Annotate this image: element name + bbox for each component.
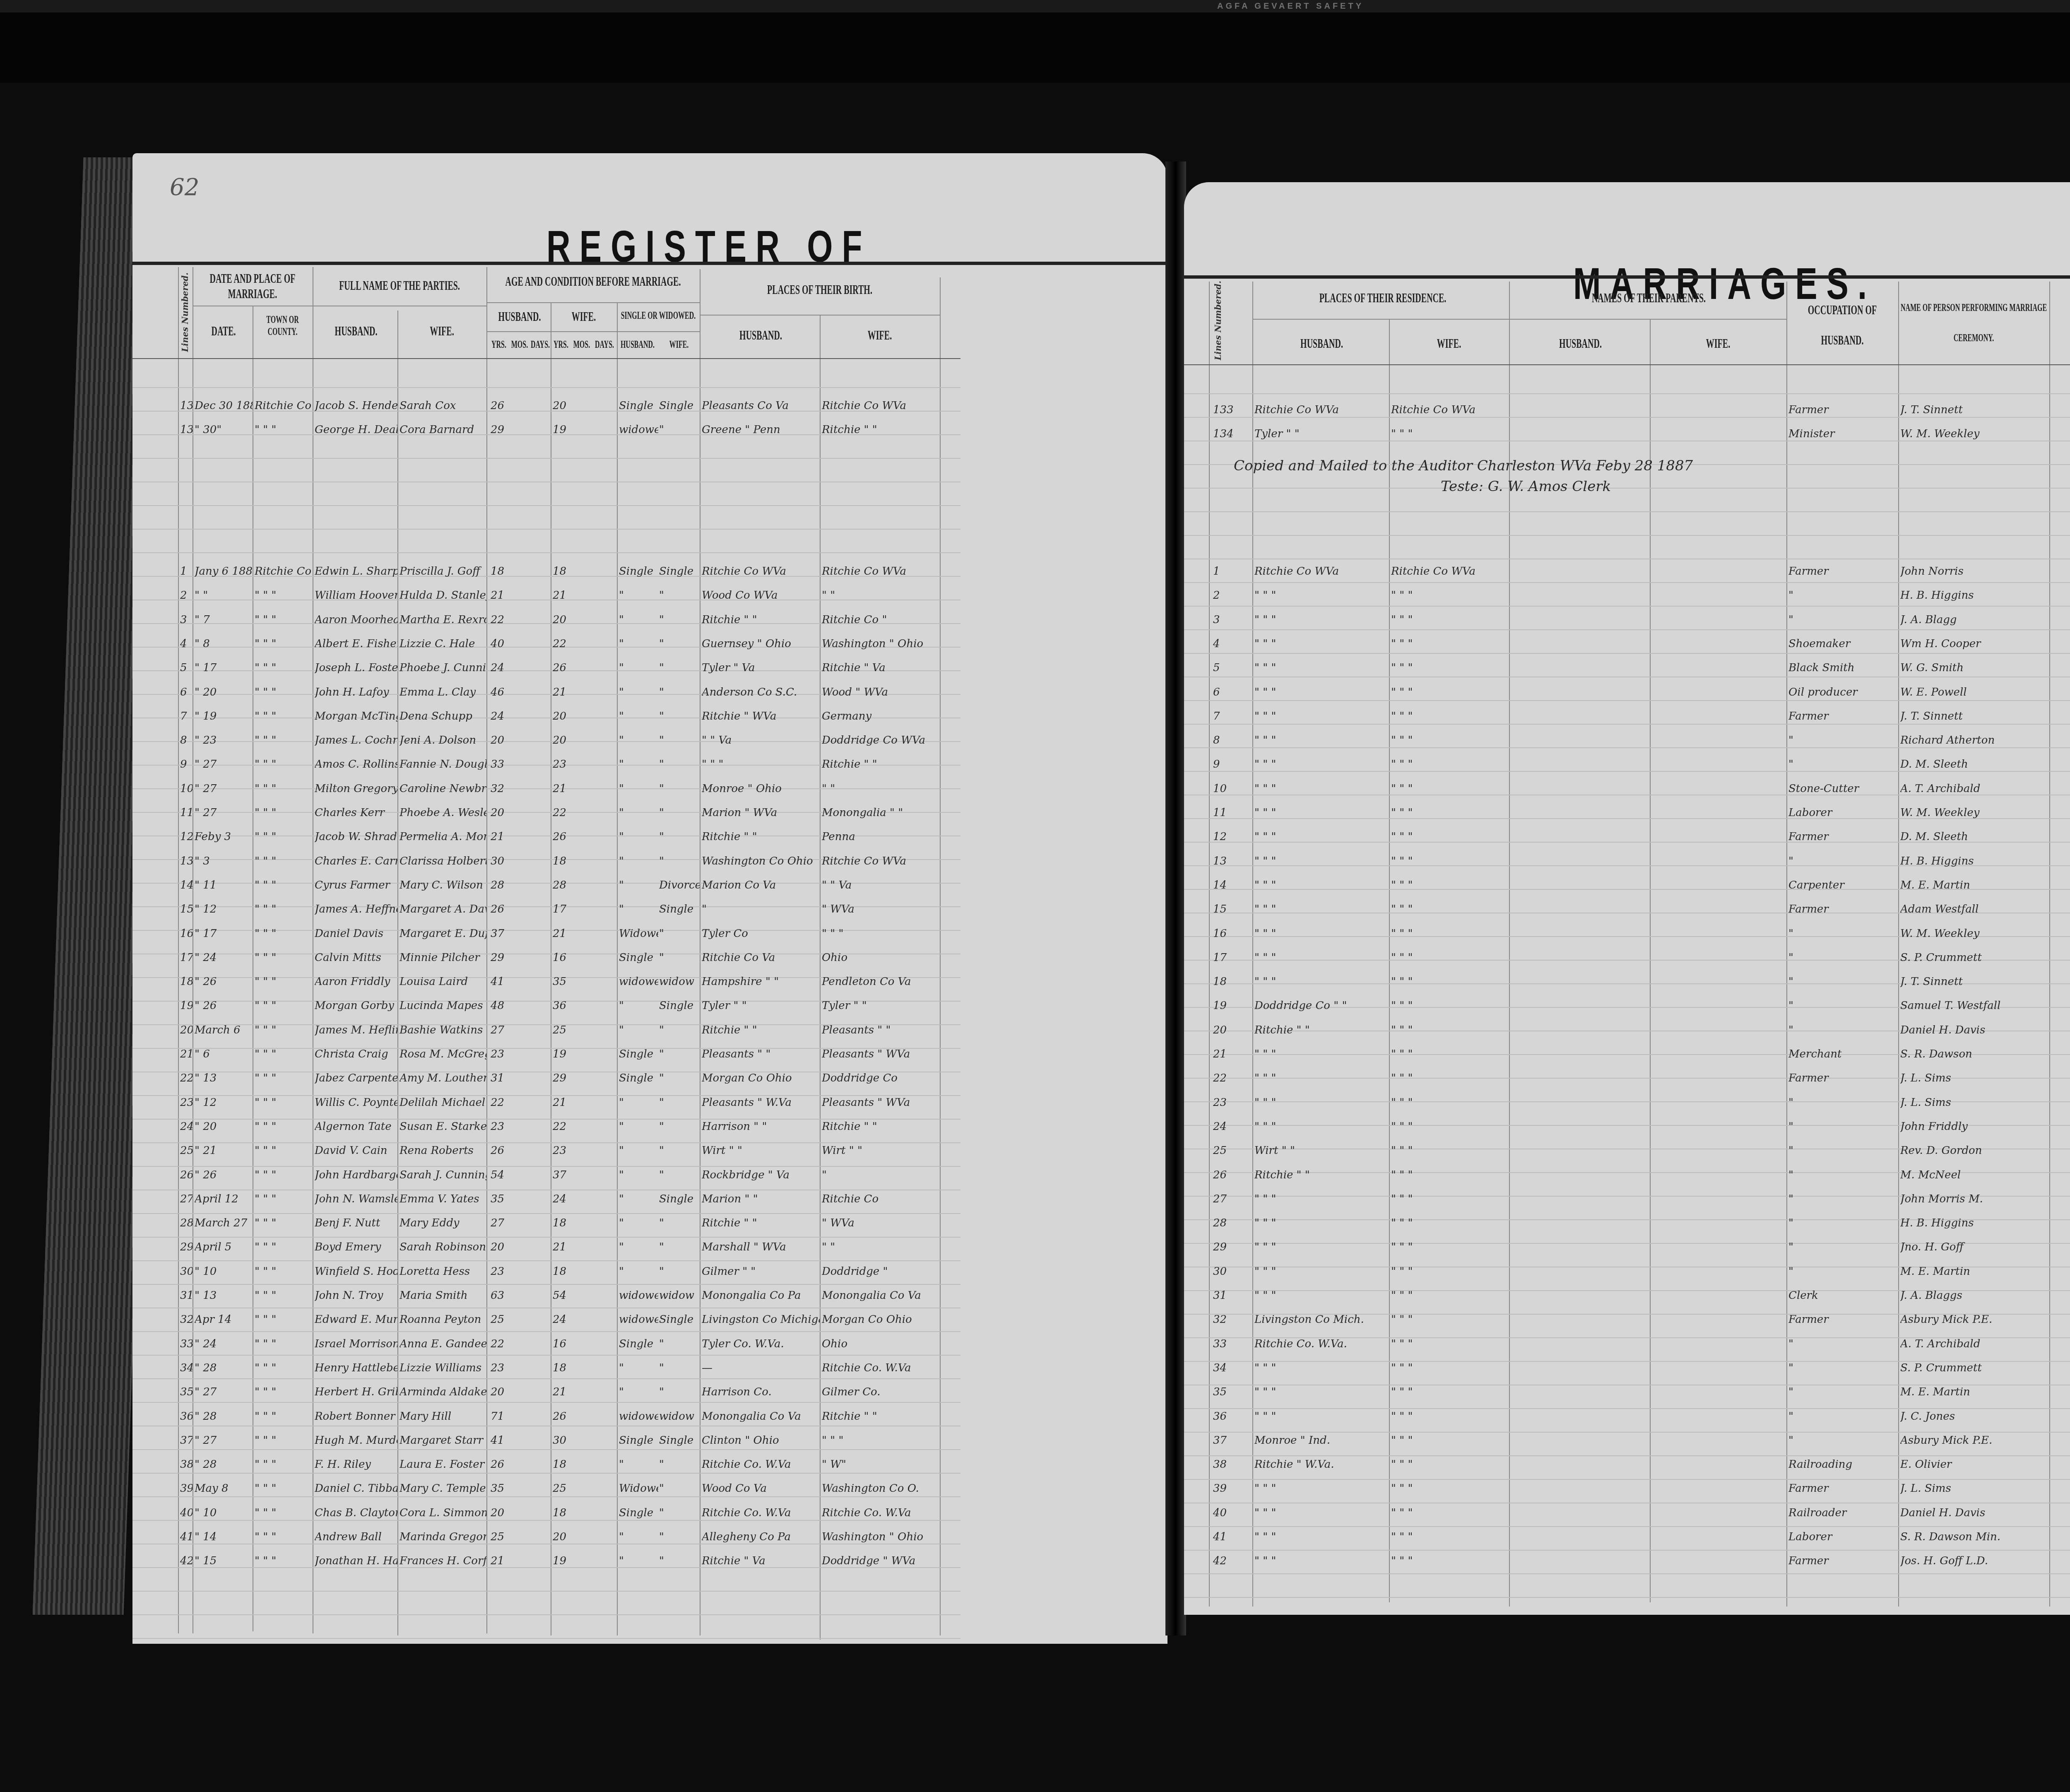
sw-wife-header: Wife. xyxy=(658,340,700,352)
husband-residence: " " " xyxy=(1254,783,1389,795)
marriage-county: " " " xyxy=(255,710,313,723)
wife-birthplace: Pendleton Co Va xyxy=(822,975,940,988)
husband-birthplace: " " Va xyxy=(702,734,820,747)
line-number: 12 xyxy=(180,831,193,843)
husband-age: 48 xyxy=(491,1000,515,1012)
husband-birthplace: Wirt " " xyxy=(702,1144,820,1157)
wife-birthplace: Doddridge " WVa xyxy=(822,1555,940,1567)
husband-residence: Livingston Co Mich. xyxy=(1254,1313,1389,1326)
husband-condition: " xyxy=(619,662,658,674)
husband-age: 54 xyxy=(491,1169,515,1181)
husband-age: 24 xyxy=(491,662,515,674)
husband-birthplace: Ritchie Co. W.Va xyxy=(702,1458,820,1471)
date-header: DATE. xyxy=(195,324,253,340)
header-bottom-rule xyxy=(132,358,960,359)
husband-age: 25 xyxy=(491,1313,515,1326)
wife-name: Louisa Laird xyxy=(400,975,486,988)
wife-residence: " " " xyxy=(1391,807,1509,819)
marriage-county: " " " xyxy=(255,1531,313,1543)
wife-name: Frances H. Corfield xyxy=(400,1555,486,1567)
wife-name: Susan E. Starkey xyxy=(400,1120,486,1133)
wife-age: 21 xyxy=(553,783,578,795)
husband-condition: " xyxy=(619,1386,658,1398)
husband-name: Jabez Carpenter xyxy=(315,1072,397,1084)
husband-birthplace: Wood Co Va xyxy=(702,1482,820,1495)
birth-husband-header: HUSBAND. xyxy=(702,328,820,344)
wife-residence: " " " xyxy=(1391,638,1509,650)
officiant-name: W. G. Smith xyxy=(1900,662,2049,674)
wife-name: Mary Eddy xyxy=(400,1217,486,1229)
line-number: 4 xyxy=(1213,638,1252,650)
husband-residence: " " " xyxy=(1254,638,1389,650)
husband-birthplace: Pleasants " W.Va xyxy=(702,1096,820,1109)
husband-residence: " " " xyxy=(1254,1096,1389,1109)
husband-condition: " xyxy=(619,1193,658,1205)
wife-birthplace: Doddridge Co xyxy=(822,1072,940,1084)
husband-name: Christa Craig xyxy=(315,1048,397,1060)
wife-name: Clarissa Holbert xyxy=(400,855,486,867)
marriage-county: " " " xyxy=(255,1096,313,1109)
marriage-county: " " " xyxy=(255,1434,313,1447)
wife-name: Sarah Robinson xyxy=(400,1241,486,1253)
wife-name: Rosa M. McGregor xyxy=(400,1048,486,1060)
marriage-date: " 27 xyxy=(195,783,253,795)
marriage-county: " " " xyxy=(255,614,313,626)
wife-residence: " " " xyxy=(1391,1217,1509,1229)
wife-age: 37 xyxy=(553,1169,578,1181)
husband-condition: " xyxy=(619,1265,658,1278)
husband-condition: " xyxy=(619,1217,658,1229)
marriage-county: " " " xyxy=(255,1338,313,1350)
wife-residence: " " " xyxy=(1391,1531,1509,1543)
wife-condition: " xyxy=(659,1217,700,1229)
officiant-name: H. B. Higgins xyxy=(1900,855,2049,867)
wife-age: 26 xyxy=(553,831,578,843)
husband-name: Herbert H. Gribble xyxy=(315,1386,397,1398)
line-number: 28 xyxy=(1213,1217,1252,1229)
officiant-name: J. T. Sinnett xyxy=(1900,975,2049,988)
wife-name: Priscilla J. Goff xyxy=(400,565,486,578)
marriage-county: " " " xyxy=(255,1169,313,1181)
marriage-county: " " " xyxy=(255,686,313,698)
wife-condition: widow xyxy=(659,975,700,988)
husband-birthplace: Greene " Penn xyxy=(702,424,820,436)
wife-residence: " " " xyxy=(1391,1434,1509,1447)
husband-name: Morgan McTingley xyxy=(315,710,397,723)
line-number: 9 xyxy=(1213,758,1252,771)
husband-condition: " xyxy=(619,807,658,819)
wife-age: 18 xyxy=(553,1458,578,1471)
officiant-name: Daniel H. Davis xyxy=(1900,1507,2049,1519)
wife-birthplace: Pleasants " " xyxy=(822,1024,940,1036)
wife-name: Fannie N. Douglass xyxy=(400,758,486,771)
marriage-county: " " " xyxy=(255,855,313,867)
wife-age: 30 xyxy=(553,1434,578,1447)
wife-age: 17 xyxy=(553,903,578,915)
wife-age: 18 xyxy=(553,1362,578,1374)
line-number: 24 xyxy=(1213,1120,1252,1133)
line-number: 9 xyxy=(180,758,193,771)
husband-residence: " " " xyxy=(1254,927,1389,940)
line-number: 8 xyxy=(180,734,193,747)
marriage-county: " " " xyxy=(255,1386,313,1398)
line-number: 30 xyxy=(180,1265,193,1278)
line-number: 22 xyxy=(1213,1072,1252,1084)
wife-name: Marinda Gregory xyxy=(400,1531,486,1543)
husband-residence: Ritchie " W.Va. xyxy=(1254,1458,1389,1471)
line-number: 23 xyxy=(1213,1096,1252,1109)
husband-occupation: " xyxy=(1788,1024,1898,1036)
wife-residence: " " " xyxy=(1391,1313,1509,1326)
line-number: 10 xyxy=(1213,783,1252,795)
husband-name: Henry Hattleben xyxy=(315,1362,397,1374)
husband-occupation: " xyxy=(1788,1338,1898,1350)
officiant-name: H. B. Higgins xyxy=(1900,589,2049,602)
husband-condition: " xyxy=(619,1531,658,1543)
husband-age: 26 xyxy=(491,1458,515,1471)
marriage-date: " 3 xyxy=(195,855,253,867)
husband-condition: Widower xyxy=(619,1482,658,1495)
marriage-date: " 27 xyxy=(195,1386,253,1398)
husband-age: 40 xyxy=(491,638,515,650)
officiant-name: J. C. Jones xyxy=(1900,1410,2049,1423)
husband-age: 28 xyxy=(491,879,515,891)
husband-residence: " " " xyxy=(1254,1072,1389,1084)
age-wife-header: WIFE. xyxy=(551,310,617,325)
marriage-county: " " " xyxy=(255,1555,313,1567)
husband-age: 22 xyxy=(491,1096,515,1109)
wife-age: 22 xyxy=(553,807,578,819)
officiant-name: D. M. Sleeth xyxy=(1900,758,2049,771)
husband-occupation: Farmer xyxy=(1788,1313,1898,1326)
husband-occupation: Clerk xyxy=(1788,1289,1898,1302)
husband-birthplace: Morgan Co Ohio xyxy=(702,1072,820,1084)
husband-name: Cyrus Farmer xyxy=(315,879,397,891)
header-rule xyxy=(132,262,1167,265)
husband-age: 20 xyxy=(491,1241,515,1253)
officiant-name: M. E. Martin xyxy=(1900,879,2049,891)
husband-birthplace: Ritchie Co WVa xyxy=(702,565,820,578)
line-number: 27 xyxy=(1213,1193,1252,1205)
husband-name: Aaron Moorhead xyxy=(315,614,397,626)
husband-name: John N. Troy xyxy=(315,1289,397,1302)
wife-condition: " xyxy=(659,758,700,771)
wife-name: Roanna Peyton xyxy=(400,1313,486,1326)
husband-age: 18 xyxy=(491,565,515,578)
line-number: 19 xyxy=(1213,1000,1252,1012)
marriage-county: " " " xyxy=(255,807,313,819)
line-number: 6 xyxy=(1213,686,1252,698)
husband-name: Jacob W. Shrader xyxy=(315,831,397,843)
husband-occupation: " xyxy=(1788,758,1898,771)
wife-age: 35 xyxy=(553,975,578,988)
marriage-date: " 28 xyxy=(195,1410,253,1423)
husband-condition: " xyxy=(619,614,658,626)
husband-occupation: " xyxy=(1788,927,1898,940)
husband-name: Benj F. Nutt xyxy=(315,1217,397,1229)
line-number: 39 xyxy=(180,1482,193,1495)
marriage-date: " 20 xyxy=(195,686,253,698)
marriage-date: " 12 xyxy=(195,903,253,915)
husband-condition: Single xyxy=(619,1507,658,1519)
wife-residence: " " " xyxy=(1391,855,1509,867)
remarks-header: REMARKS. xyxy=(2051,312,2070,327)
wife-age: 20 xyxy=(553,400,578,412)
husband-occupation: " xyxy=(1788,1217,1898,1229)
wife-residence: " " " xyxy=(1391,710,1509,723)
husband-residence: " " " xyxy=(1254,1362,1389,1374)
husband-birthplace: Tyler " Va xyxy=(702,662,820,674)
husband-condition: " xyxy=(619,783,658,795)
husband-residence: " " " xyxy=(1254,1120,1389,1133)
wife-condition: Single xyxy=(659,400,700,412)
places-residence-header: PLACES OF THEIR RESIDENCE. xyxy=(1254,291,1511,306)
wife-residence: " " " xyxy=(1391,1386,1509,1398)
wife-name: Mary C. Templeton xyxy=(400,1482,486,1495)
husband-name: Hugh M. Murdock xyxy=(315,1434,397,1447)
wife-age: 19 xyxy=(553,424,578,436)
wife-age: 20 xyxy=(553,734,578,747)
wife-condition: " xyxy=(659,424,700,436)
marriage-date: Dec 30 1886 xyxy=(195,400,253,412)
husband-occupation: Farmer xyxy=(1788,1482,1898,1495)
wife-birthplace: Monongalia " " xyxy=(822,807,940,819)
wife-birthplace: Ritchie Co " xyxy=(822,614,940,626)
officiant-name: Richard Atherton xyxy=(1900,734,2049,747)
wife-condition: " xyxy=(659,1386,700,1398)
officiant-name: Jos. H. Goff L.D. xyxy=(1900,1555,2049,1567)
wife-age: 26 xyxy=(553,1410,578,1423)
line-number: 26 xyxy=(1213,1169,1252,1181)
husband-name: Joseph L. Foster xyxy=(315,662,397,674)
wife-residence: Ritchie Co WVa xyxy=(1391,565,1509,578)
wife-age: 36 xyxy=(553,1000,578,1012)
wife-condition: " xyxy=(659,1120,700,1133)
wife-birthplace: " " " xyxy=(822,927,940,940)
marriage-date: " 13 xyxy=(195,1072,253,1084)
husband-occupation: Farmer xyxy=(1788,1555,1898,1567)
film-edge-label: AGFA GEVAERT SAFETY xyxy=(1217,2,1364,11)
wife-residence: " " " xyxy=(1391,1458,1509,1471)
husband-residence: " " " xyxy=(1254,1555,1389,1567)
husband-birthplace: Rockbridge " Va xyxy=(702,1169,820,1181)
husband-residence: " " " xyxy=(1254,879,1389,891)
marriage-county: " " " xyxy=(255,662,313,674)
wife-name: Amy M. Louther xyxy=(400,1072,486,1084)
lines-numbered-header: Lines Numbered. xyxy=(1213,281,1223,360)
wife-birthplace: Gilmer Co. xyxy=(822,1386,940,1398)
wife-name: Bashie Watkins xyxy=(400,1024,486,1036)
line-number: 1 xyxy=(180,565,193,578)
line-number: 18 xyxy=(1213,975,1252,988)
husband-occupation: Stone-Cutter xyxy=(1788,783,1898,795)
page-number: 62 xyxy=(170,174,199,201)
wife-residence: " " " xyxy=(1391,783,1509,795)
officiant-name: A. T. Archibald xyxy=(1900,1338,2049,1350)
husband-occupation: " xyxy=(1788,1096,1898,1109)
wife-age: 25 xyxy=(553,1482,578,1495)
marriage-date: " 27 xyxy=(195,807,253,819)
line-number: 2 xyxy=(1213,589,1252,602)
husband-age: 23 xyxy=(491,1362,515,1374)
wife-condition: " xyxy=(659,807,700,819)
officiant-name: Asbury Mick P.E. xyxy=(1900,1313,2049,1326)
husband-age: 22 xyxy=(491,1338,515,1350)
marriage-county: " " " xyxy=(255,879,313,891)
line-number: 37 xyxy=(180,1434,193,1447)
wife-name: Margaret Starr xyxy=(400,1434,486,1447)
husband-residence: Monroe " Ind. xyxy=(1254,1434,1389,1447)
husband-condition: Single xyxy=(619,951,658,964)
husband-birthplace: Ritchie " " xyxy=(702,1024,820,1036)
husband-birthplace: Marion " " xyxy=(702,1193,820,1205)
wife-age: 26 xyxy=(553,662,578,674)
header-subrule xyxy=(1252,319,1786,320)
line-number: 15 xyxy=(180,903,193,915)
line-number: 133 xyxy=(1213,404,1252,416)
wife-age: 23 xyxy=(553,1144,578,1157)
wife-residence: " " " xyxy=(1391,428,1509,440)
husband-birthplace: Harrison Co. xyxy=(702,1386,820,1398)
husband-birthplace: Ritchie " " xyxy=(702,614,820,626)
husband-occupation: Oil producer xyxy=(1788,686,1898,698)
wife-age: 21 xyxy=(553,1386,578,1398)
wife-age: 22 xyxy=(553,638,578,650)
marriage-county: " " " xyxy=(255,1410,313,1423)
husband-condition: Single xyxy=(619,1338,658,1350)
wife-residence: " " " xyxy=(1391,1338,1509,1350)
husband-name: Robert Bonner xyxy=(315,1410,397,1423)
marriage-date: March 27 xyxy=(195,1217,253,1229)
husband-occupation: " xyxy=(1788,734,1898,747)
wife-birthplace: " W" xyxy=(822,1458,940,1471)
line-number: 15 xyxy=(1213,903,1252,915)
wife-birthplace: " " xyxy=(822,783,940,795)
mos-header: Mos. xyxy=(509,340,530,352)
wife-condition: " xyxy=(659,638,700,650)
wife-condition: " xyxy=(659,783,700,795)
line-number: 10 xyxy=(180,783,193,795)
husband-age: 35 xyxy=(491,1482,515,1495)
wife-name: Emma L. Clay xyxy=(400,686,486,698)
line-number: 133 xyxy=(180,400,193,412)
husband-condition: widower xyxy=(619,424,658,436)
husband-name: John Hardbarger xyxy=(315,1169,397,1181)
husband-name: Winfield S. Hodges xyxy=(315,1265,397,1278)
husband-birthplace: Guernsey " Ohio xyxy=(702,638,820,650)
wife-name: Martha E. Rexroad xyxy=(400,614,486,626)
husband-age: 63 xyxy=(491,1289,515,1302)
husband-age: 41 xyxy=(491,975,515,988)
husband-birthplace: Washington Co Ohio xyxy=(702,855,820,867)
wife-birthplace: Germany xyxy=(822,710,940,723)
wife-condition: widow xyxy=(659,1289,700,1302)
husband-occupation: Laborer xyxy=(1788,1531,1898,1543)
wife-name: Cora Barnard xyxy=(400,424,486,436)
wife-name: Sarah J. Cunningham xyxy=(400,1169,486,1181)
husband-condition: " xyxy=(619,1000,658,1012)
officiant-name: J. T. Sinnett xyxy=(1900,404,2049,416)
wife-name: Permelia A. Morton xyxy=(400,831,486,843)
husband-birthplace: Anderson Co S.C. xyxy=(702,686,820,698)
husband-occupation: " xyxy=(1788,1120,1898,1133)
husband-residence: Ritchie " " xyxy=(1254,1024,1389,1036)
wife-name: Mary Hill xyxy=(400,1410,486,1423)
husband-occupation: " xyxy=(1788,855,1898,867)
husband-residence: " " " xyxy=(1254,903,1389,915)
husband-residence: Doddridge Co " " xyxy=(1254,1000,1389,1012)
marriage-date: Jany 6 1887 xyxy=(195,565,253,578)
marriage-date: " 17 xyxy=(195,662,253,674)
wife-age: 24 xyxy=(553,1313,578,1326)
husband-residence: " " " xyxy=(1254,1507,1389,1519)
wife-condition: widow xyxy=(659,1410,700,1423)
wife-birthplace: Pleasants " WVa xyxy=(822,1048,940,1060)
line-number: 27 xyxy=(180,1193,193,1205)
husband-name: Jonathan H. Hadley xyxy=(315,1555,397,1567)
line-number: 11 xyxy=(1213,807,1252,819)
officiant-name: Asbury Mick P.E. xyxy=(1900,1434,2049,1447)
wife-condition: " xyxy=(659,1555,700,1567)
wife-birthplace: Wirt " " xyxy=(822,1144,940,1157)
line-number: 26 xyxy=(180,1169,193,1181)
line-number: 36 xyxy=(180,1410,193,1423)
husband-age: 37 xyxy=(491,927,515,940)
marriage-date: " 11 xyxy=(195,879,253,891)
line-number: 31 xyxy=(1213,1289,1252,1302)
wife-birthplace: " " xyxy=(822,589,940,602)
husband-age: 71 xyxy=(491,1410,515,1423)
officiant-name: Samuel T. Westfall xyxy=(1900,1000,2049,1012)
line-number: 41 xyxy=(1213,1531,1252,1543)
wife-birthplace: Wood " WVa xyxy=(822,686,940,698)
register-right-page: MARRIAGES. Lines Numbered. PLACES OF THE… xyxy=(1184,182,2070,1615)
husband-residence: " " " xyxy=(1254,855,1389,867)
wife-condition: Single xyxy=(659,565,700,578)
husband-name: William Hoover xyxy=(315,589,397,602)
wife-residence: " " " xyxy=(1391,734,1509,747)
line-number: 7 xyxy=(180,710,193,723)
husband-age: 21 xyxy=(491,1555,515,1567)
husband-birthplace: " " " xyxy=(702,758,820,771)
res-husband-header: HUSBAND. xyxy=(1254,337,1389,352)
wife-birthplace: Doddridge " xyxy=(822,1265,940,1278)
wife-age: 20 xyxy=(553,614,578,626)
marriage-date: " 21 xyxy=(195,1144,253,1157)
husband-birthplace: Ritchie " " xyxy=(702,831,820,843)
husband-occupation: Laborer xyxy=(1788,807,1898,819)
wife-name: Caroline Newbrough xyxy=(400,783,486,795)
days-header: Days. xyxy=(592,340,617,352)
husband-residence: Ritchie Co WVa xyxy=(1254,565,1389,578)
sw-husband-header: Husband. xyxy=(617,340,658,352)
film-edge: AGFA GEVAERT SAFETY xyxy=(0,0,2070,12)
wife-residence: " " " xyxy=(1391,1169,1509,1181)
line-number: 14 xyxy=(1213,879,1252,891)
line-number: 6 xyxy=(180,686,193,698)
wife-birthplace: Tyler " " xyxy=(822,1000,940,1012)
line-number: 30 xyxy=(1213,1265,1252,1278)
full-name-header: FULL NAME OF THE PARTIES. xyxy=(315,279,484,294)
line-number: 18 xyxy=(180,975,193,988)
wife-condition: " xyxy=(659,614,700,626)
husband-age: 20 xyxy=(491,734,515,747)
husband-age: 35 xyxy=(491,1193,515,1205)
wife-condition: Single xyxy=(659,1313,700,1326)
wife-age: 24 xyxy=(553,1193,578,1205)
marriage-date: April 5 xyxy=(195,1241,253,1253)
husband-residence: " " " xyxy=(1254,1482,1389,1495)
